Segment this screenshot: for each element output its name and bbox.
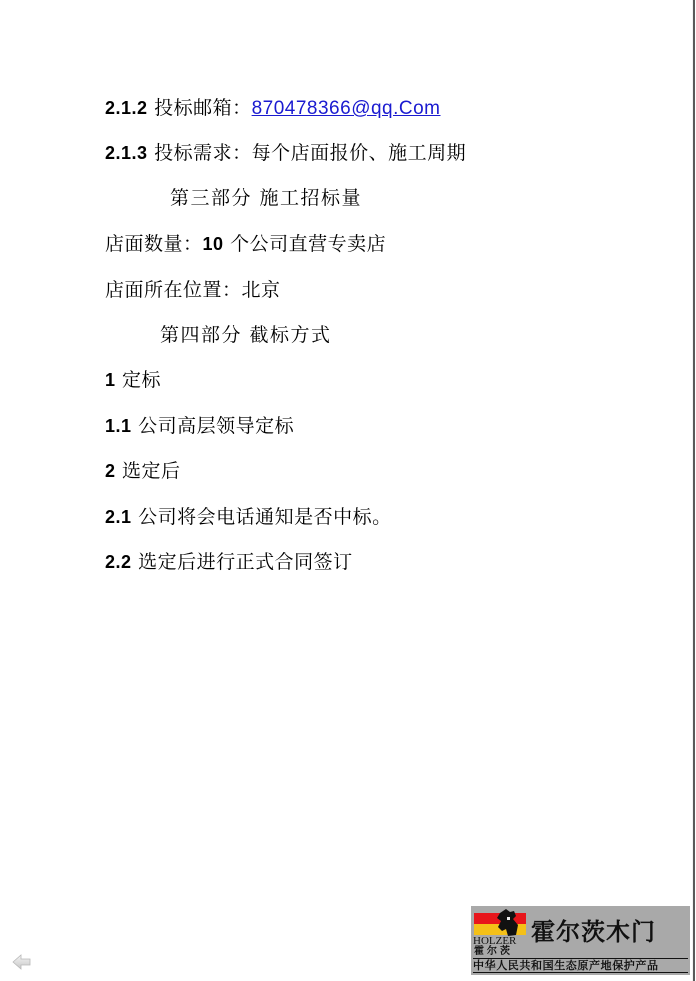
bid-email-link[interactable]: 870478366@qq.Com — [252, 98, 441, 119]
logo-figure-icon — [494, 909, 520, 937]
holzer-logo: HOLZER 霍尔茨 霍尔茨木门 中华人民共和国生态原产地保护产品 — [471, 906, 690, 975]
item-2-1: 2.1 公司将会电话通知是否中标。 — [105, 505, 392, 529]
page-edge-border — [692, 0, 696, 981]
item-1: 1 定标 — [105, 368, 161, 392]
section-number: 2.1.2 — [105, 98, 148, 118]
item-text: 公司将会电话通知是否中标。 — [132, 506, 392, 528]
item-2: 2 选定后 — [105, 459, 181, 483]
bid-requirement-line: 2.1.3 投标需求：每个店面报价、施工周期 — [105, 141, 466, 165]
section-number: 1 — [105, 370, 116, 390]
section-number: 2 — [105, 461, 116, 481]
item-text: 定标 — [116, 369, 162, 391]
section-number: 2.1 — [105, 507, 132, 527]
section-number: 2.1.3 — [105, 143, 148, 163]
store-count-line: 店面数量：10 个公司直营专卖店 — [105, 232, 386, 256]
item-text: 选定后 — [116, 460, 181, 482]
logo-flag — [474, 913, 526, 935]
item-text: 公司高层领导定标 — [132, 415, 295, 437]
item-2-2: 2.2 选定后进行正式合同签订 — [105, 550, 353, 574]
document-page: 2.1.2 投标邮箱：870478366@qq.Com 2.1.3 投标需求：每… — [0, 0, 692, 981]
bid-requirement-text: 投标需求：每个店面报价、施工周期 — [148, 142, 467, 164]
logo-slogan: 中华人民共和国生态原产地保护产品 — [473, 959, 659, 972]
item-1-1: 1.1 公司高层领导定标 — [105, 414, 294, 438]
section-number: 1.1 — [105, 416, 132, 436]
store-count-label: 店面数量： — [105, 233, 203, 255]
logo-brand-cn-large: 霍尔茨木门 — [531, 918, 656, 946]
back-arrow-icon[interactable] — [12, 953, 32, 971]
bid-email-label: 投标邮箱： — [148, 97, 252, 119]
store-count-desc: 个公司直营专卖店 — [224, 233, 387, 255]
store-count-value: 10 — [203, 234, 224, 254]
logo-brand-cn-small: 霍尔茨 — [474, 946, 513, 957]
logo-divider-bottom — [473, 972, 688, 973]
section-heading-part3: 第三部分 施工招标量 — [170, 186, 362, 210]
item-text: 选定后进行正式合同签订 — [132, 551, 353, 573]
bid-email-line: 2.1.2 投标邮箱：870478366@qq.Com — [105, 96, 441, 121]
section-number: 2.2 — [105, 552, 132, 572]
store-location-line: 店面所在位置：北京 — [105, 278, 281, 302]
section-heading-part4: 第四部分 截标方式 — [160, 323, 332, 347]
